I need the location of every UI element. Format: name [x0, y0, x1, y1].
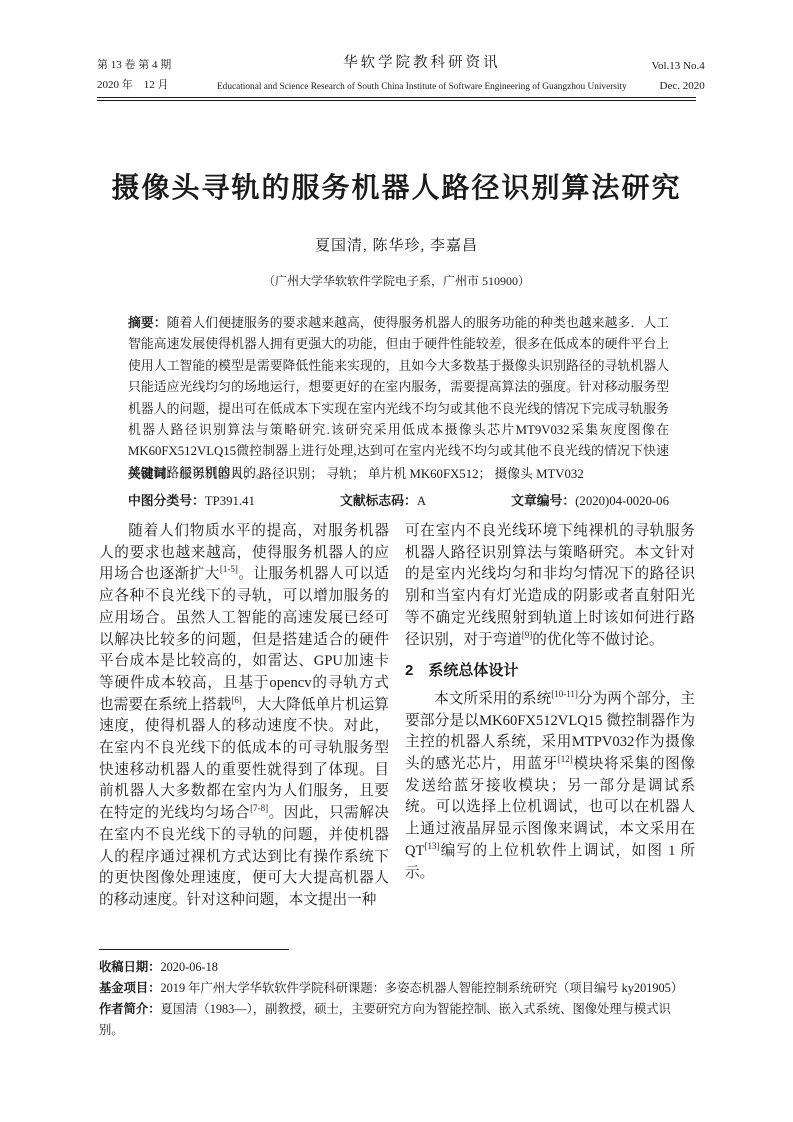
journal-header: 第 13 卷 第 4 期 华软学院教科研资讯 Vol.13 No.4 2020 …	[97, 50, 696, 92]
meta-line: 中图分类号：TP391.41 文献标志码：A 文章编号：(2020)04-002…	[128, 490, 669, 509]
clc-number: 中图分类号：TP391.41	[128, 490, 255, 509]
abstract-block: 摘要：随着人们便捷服务的要求越来越高，使得服务机器人的服务功能的种类也越来越多．…	[128, 313, 669, 484]
keywords-block: 关键词：服务机器人； 路径识别； 寻轨； 单片机 MK60FX512； 摄像头 …	[128, 464, 669, 484]
paper-page: 第 13 卷 第 4 期 华软学院教科研资讯 Vol.13 No.4 2020 …	[0, 0, 793, 1122]
header-journal-title-cn: 华软学院教科研资讯	[217, 51, 627, 72]
abstract-label: 摘要：	[128, 316, 167, 330]
section-2-paragraph: 本文所采用的系统[10-11]分为两个部分，主要部分是以MK60FX512VLQ…	[405, 689, 695, 884]
keywords-text: 服务机器人； 路径识别； 寻轨； 单片机 MK60FX512； 摄像头 MTV0…	[179, 467, 584, 481]
intro-paragraph-continued: 可在室内不良光线环境下纯裸机的寻轨服务机器人路径识别算法与策略研究。本文针对的是…	[405, 521, 695, 651]
document-code: 文献标志码：A	[340, 490, 426, 509]
header-issue-cn: 第 13 卷 第 4 期	[97, 56, 217, 72]
header-double-rule	[97, 97, 696, 101]
intro-paragraph: 随着人们物质水平的提高，对服务机器人的要求也越来越高，使得服务机器人的应用场合也…	[99, 521, 389, 912]
author-bio-line: 作者简介：夏国清（1983—），副教授，硕士，主要研究方向为智能控制、嵌入式系统…	[99, 999, 695, 1041]
body-columns: 随着人们物质水平的提高，对服务机器人的要求也越来越高，使得服务机器人的应用场合也…	[99, 521, 695, 912]
article-id: 文章编号：(2020)04-0020-06	[511, 490, 669, 509]
header-volume-en: Vol.13 No.4	[627, 60, 705, 72]
body-left-column: 随着人们物质水平的提高，对服务机器人的要求也越来越高，使得服务机器人的应用场合也…	[99, 521, 389, 912]
header-date-en: Dec. 2020	[627, 80, 705, 92]
header-journal-title-en: Educational and Science Research of Sout…	[217, 82, 627, 92]
header-date-cn: 2020 年 12 月	[97, 76, 217, 92]
footnote-block: 收稿日期：2020-06-18 基金项目：2019 年广州大学华软软件学院科研课…	[99, 949, 695, 1041]
paper-title: 摄像头寻轨的服务机器人路径识别算法研究	[0, 166, 793, 206]
authors: 夏国清, 陈华珍, 李嘉昌	[0, 234, 793, 255]
body-right-column: 可在室内不良光线环境下纯裸机的寻轨服务机器人路径识别算法与策略研究。本文针对的是…	[405, 521, 695, 912]
affiliation: （广州大学华软软件学院电子系，广州市 510900）	[0, 272, 793, 289]
keywords-label: 关键词：	[128, 467, 179, 481]
received-date-line: 收稿日期：2020-06-18	[99, 957, 695, 978]
section-2-heading: 2 系统总体设计	[405, 660, 695, 682]
abstract-text: 随着人们便捷服务的要求越来越高，使得服务机器人的服务功能的种类也越来越多．人工智…	[128, 316, 669, 480]
footnote-rule	[99, 949, 289, 950]
fund-project-line: 基金项目：2019 年广州大学华软软件学院科研课题：多姿态机器人智能控制系统研究…	[99, 978, 695, 999]
